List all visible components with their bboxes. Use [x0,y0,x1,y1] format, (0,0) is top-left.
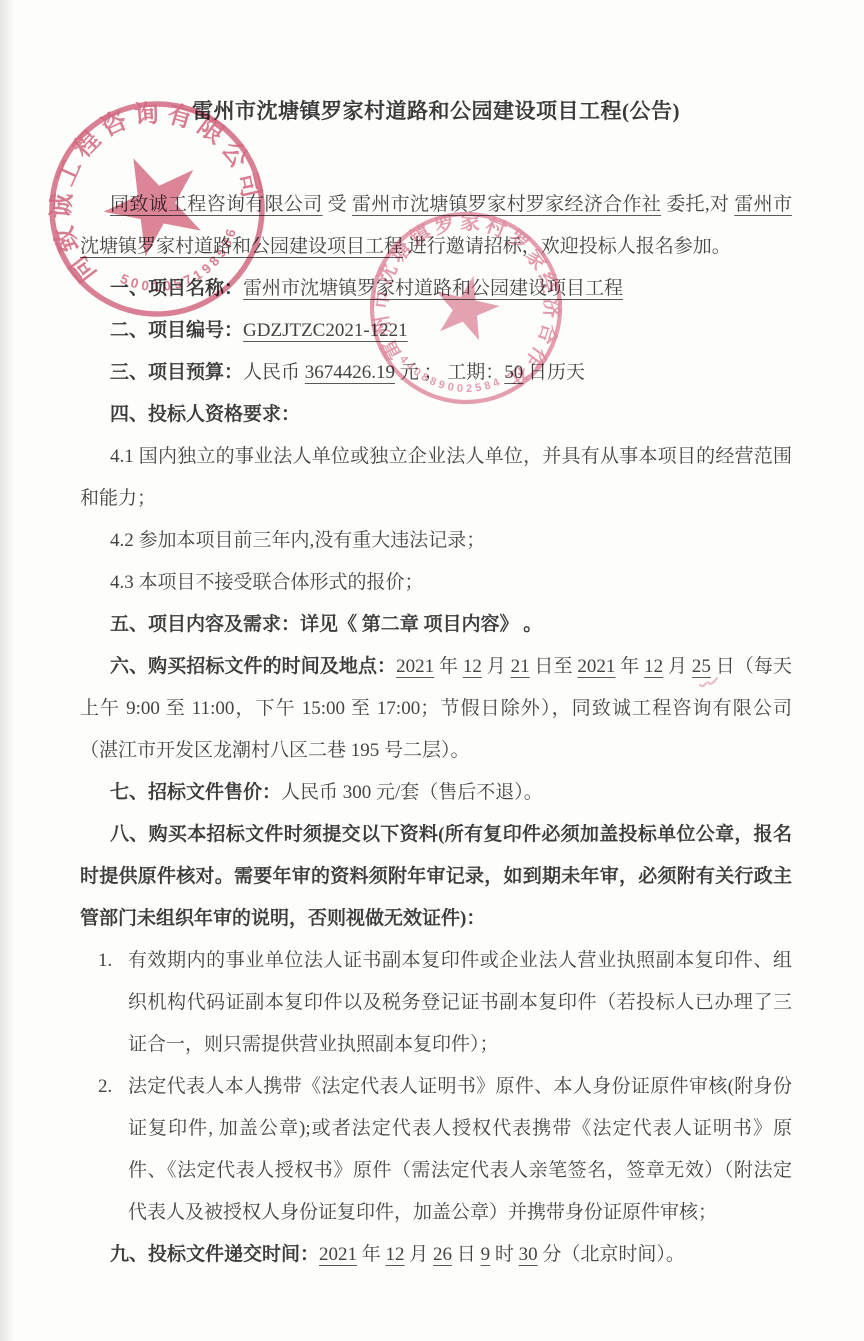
section-label: 九、投标文件递交时间： [110,1244,319,1265]
section-label: 三、项目预算： [110,362,243,383]
section-1-project-name: 一、项目名称：雷州市沈塘镇罗家村道路和公园建设项目工程 [80,268,792,310]
section-5-content: 五、项目内容及需求：详见《 第二章 项目内容》 。 [80,604,792,646]
text-segment: 元 ； 工期： [395,362,504,383]
material-item-2: 2.法定代表人本人携带《法定代表人证明书》原件、本人身份证原件审核(附身份证复印… [98,1066,792,1234]
text-segment: 受 [323,194,352,215]
underlined-value: 12 [463,656,482,677]
section-label: 二、项目编号： [110,320,243,341]
clause-4-1: 4.1 国内独立的事业法人单位或独立企业法人单位，并具有从事本项目的经营范围和能… [80,436,792,520]
section-9-submission-time: 九、投标文件递交时间：2021 年 12 月 26 日 9 时 30 分（北京时… [80,1234,792,1276]
scan-edge-shadow [0,0,14,1341]
underlined-value: 30 [519,1244,538,1265]
clause-4-3: 4.3 本项目不接受联合体形式的报价； [80,562,792,604]
text-segment: 人民币 [243,362,305,383]
material-item-1: 1.有效期内的事业单位法人证书副本复印件或企业法人营业执照副本复印件、组织机构代… [98,940,792,1066]
section-4-qualifications: 四、投标人资格要求： [80,394,792,436]
list-item-text: 法定代表人本人携带《法定代表人证明书》原件、本人身份证原件审核(附身份证复印件,… [128,1066,792,1234]
section-label: 四、投标人资格要求： [110,404,300,425]
document-body: 同致诚工程咨询有限公司 受 雷州市沈塘镇罗家村罗家经济合作社 委托,对 雷州市沈… [80,184,792,1276]
list-number: 1. [98,940,128,1066]
text-segment: 月 [482,656,511,677]
underlined-value: GDZJTZC2021-1221 [243,320,408,341]
underlined-value: 3674426.19 [305,362,395,383]
list-number: 2. [98,1066,128,1234]
underlined-value: 2021 [396,656,434,677]
section-label: 一、项目名称： [110,278,243,299]
text-segment: 日至 [530,656,578,677]
text-segment: 年 [615,656,644,677]
text-segment: 4.2 参加本项目前三年内,没有重大违法记录； [110,530,485,551]
underlined-value: 2021 [577,656,615,677]
section-7-document-price: 七、招标文件售价：人民币 300 元/套（售后不退）。 [80,772,792,814]
text-segment: 4.1 国内独立的事业法人单位或独立企业法人单位，并具有从事本项目的经营范围和能… [80,446,792,509]
text-segment: 有效期内的事业单位法人证书副本复印件或企业法人营业执照副本复印件、组织机构代码证… [128,950,792,1055]
text-segment: 日 [452,1244,481,1265]
underlined-value: 26 [433,1244,452,1265]
text-segment: 时 [490,1244,519,1265]
text-segment: 委托,对 [661,194,734,215]
clause-4-2: 4.2 参加本项目前三年内,没有重大违法记录； [80,520,792,562]
list-item-text: 有效期内的事业单位法人证书副本复印件或企业法人营业执照副本复印件、组织机构代码证… [128,940,792,1066]
section-label: 八、购买本招标文件时须提交以下资料(所有复印件必须加盖投标单位公章，报名时提供原… [80,824,792,929]
underlined-value: 50 [504,362,523,383]
underlined-value: 雷州市沈塘镇罗家村道路和公园建设项目工程 [243,278,623,299]
text-segment: 月 [405,1244,434,1265]
underlined-value: 9 [481,1244,491,1265]
section-6-purchase-time-place: 六、购买招标文件的时间及地点：2021 年 12 月 21 日至 2021 年 … [80,646,792,772]
underlined-value: 12 [386,1244,405,1265]
section-label: 五、项目内容及需求：详见《 第二章 项目内容》 。 [110,614,542,635]
underlined-value: 12 [644,656,663,677]
section-2-project-number: 二、项目编号：GDZJTZC2021-1221 [80,310,792,352]
scanned-document: { "colors": { "stamp_red": "#cf5672", "s… [0,0,864,1341]
underlined-value: 25 [692,656,711,677]
text-segment: 人民币 300 元/套（售后不退）。 [281,782,543,803]
section-label: 六、购买招标文件的时间及地点： [110,656,396,677]
underlined-value: 同致诚工程咨询有限公司 [110,194,323,215]
text-segment: 日历天 [523,362,585,383]
document-title: 雷州市沈塘镇罗家村道路和公园建设项目工程(公告) [80,96,792,126]
underlined-value: 雷州市沈塘镇罗家村罗家经济合作社 [352,194,661,215]
text-segment: 月 [663,656,692,677]
document-content: 雷州市沈塘镇罗家村道路和公园建设项目工程(公告) 同致诚工程咨询有限公司 受 雷… [80,96,792,1276]
section-8-required-materials: 八、购买本招标文件时须提交以下资料(所有复印件必须加盖投标单位公章，报名时提供原… [80,814,792,940]
text-segment: 4.3 本项目不接受联合体形式的报价； [110,572,424,593]
text-segment: 年 [357,1244,386,1265]
text-segment: 分（北京时间）。 [538,1244,685,1265]
text-segment: 法定代表人本人携带《法定代表人证明书》原件、本人身份证原件审核(附身份证复印件,… [128,1076,792,1223]
underlined-value: 21 [511,656,530,677]
intro-paragraph: 同致诚工程咨询有限公司 受 雷州市沈塘镇罗家村罗家经济合作社 委托,对 雷州市沈… [80,184,792,268]
text-segment: 进行邀请招标，欢迎投标人报名参加。 [403,236,731,257]
underlined-value: 2021 [319,1244,357,1265]
section-3-budget: 三、项目预算：人民币 3674426.19 元 ； 工期：50 日历天 [80,352,792,394]
section-label: 七、招标文件售价： [110,782,281,803]
text-segment: 年 [434,656,463,677]
